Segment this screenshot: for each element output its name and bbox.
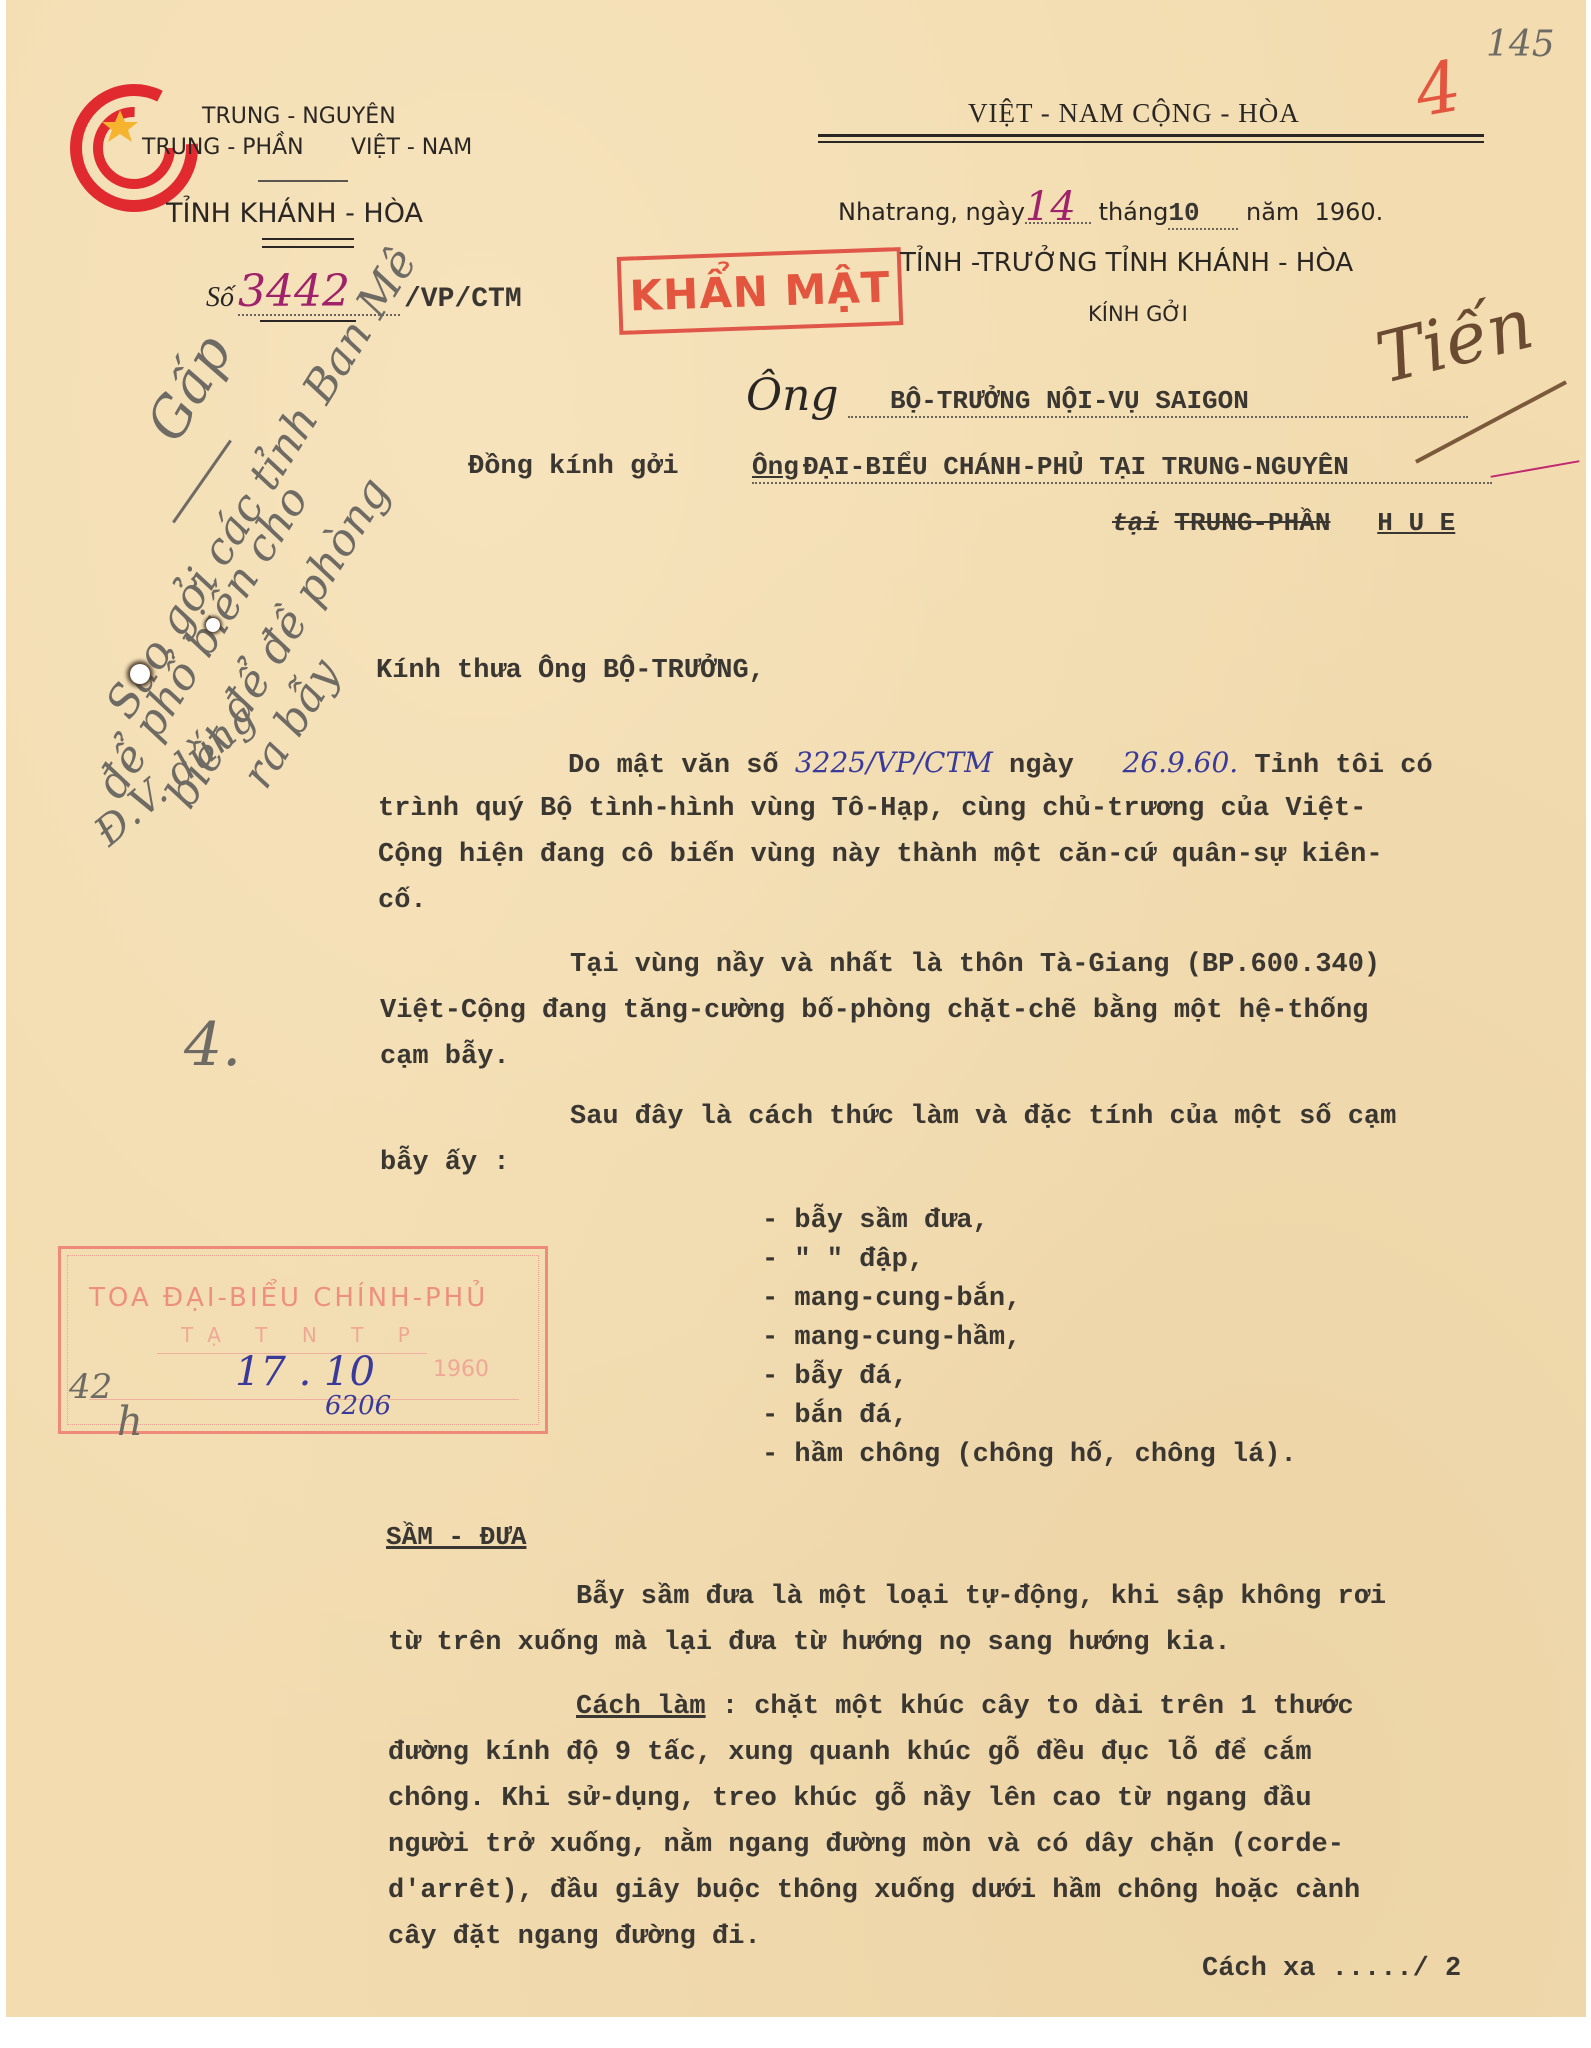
handwritten-ref: 3225/VP/CTM — [795, 746, 993, 779]
letterhead-separator — [258, 180, 348, 182]
received-stamp-office: TOA ĐẠI-BIỂU CHÍNH-PHỦ — [89, 1283, 488, 1313]
trap-list-item: - hầm chông (chông hố, chông lá). — [762, 1440, 1297, 1479]
date-month: 10 — [1168, 198, 1238, 230]
stamp-pencil-initial: h — [117, 1399, 143, 1445]
letterhead-line-1: TRUNG - NGUYÊN — [202, 104, 396, 129]
received-stamp: TOA ĐẠI-BIỂU CHÍNH-PHỦ TẠ T N T P 17 . 1… — [58, 1246, 548, 1434]
stamp-pencil-note: 42 — [69, 1367, 112, 1407]
salutation: Kính thưa Ông BỘ-TRƯỞNG, — [376, 656, 765, 686]
method-label: Cách làm — [576, 1692, 706, 1722]
trap-list: - bẫy sầm đưa, - " " đập, - mang-cung-bắ… — [762, 1206, 1297, 1479]
received-year: 1960 — [433, 1357, 489, 1382]
trap-list-item: - bẫy sầm đưa, — [762, 1206, 1297, 1245]
page-number-handwritten: 145 — [1486, 24, 1555, 65]
section-title: SẦM - ĐƯA — [386, 1522, 526, 1552]
country-rule-1 — [818, 134, 1484, 137]
margin-note-urgent: Gấp — [134, 324, 244, 451]
cc-line: Ông ĐẠI-BIỂU CHÁNH-PHỦ TẠI TRUNG-NGUYÊN — [752, 452, 1492, 484]
method-line-6: cây đặt ngang đường đi. — [388, 1922, 761, 1952]
letterhead-line-2a: TRUNG - PHẦN — [142, 135, 304, 160]
red-pencil-mark: 4 — [1409, 45, 1467, 133]
trap-list-item: - mang-cung-hầm, — [762, 1323, 1297, 1362]
continuation-marker: Cách xa ...../ 2 — [1202, 1954, 1461, 1984]
trap-list-item: - bắn đá, — [762, 1401, 1297, 1440]
punch-hole — [130, 664, 150, 684]
letterhead-underline-2 — [262, 246, 354, 248]
urgent-secret-stamp: KHẨN MẬT — [617, 247, 904, 335]
kinh-goi-label: KÍNH GỞI — [1088, 302, 1188, 326]
para-2-line-2: Việt-Cộng đang tăng-cường bố-phòng chặt-… — [380, 996, 1368, 1026]
received-number-handwritten: 6206 — [325, 1391, 391, 1421]
recipient-primary: BỘ-TRƯỞNG NỘI-VỤ SAIGON — [890, 386, 1249, 416]
cc-location: tại TRUNG-PHẦN H U E — [1112, 508, 1455, 538]
para-1-line-3: Cộng hiện đang cô biến vùng này thành mộ… — [378, 840, 1383, 870]
method-line-4: người trở xuống, nằm ngang đường mòn và … — [388, 1830, 1344, 1860]
country-rule-2 — [818, 141, 1484, 143]
country-header: VIỆT - NAM CỘNG - HÒA — [968, 98, 1300, 129]
method-line-5: d'arrêt), đầu giây buộc thông xuống dưới… — [388, 1876, 1360, 1906]
cc-recipient: ĐẠI-BIỂU CHÁNH-PHỦ TẠI TRUNG-NGUYÊN — [803, 452, 1349, 482]
received-date-handwritten: 17 . 10 — [235, 1349, 375, 1395]
document-page: TRUNG - NGUYÊN TRUNG - PHẦN VIỆT - NAM T… — [6, 0, 1586, 2017]
date-year: 1960. — [1315, 198, 1384, 226]
cc-label: Đồng kính gởi — [468, 452, 679, 482]
section-line-1: Bẫy sầm đưa là một loại tự-động, khi sập… — [576, 1582, 1386, 1612]
margin-note-number: 4. — [184, 1010, 241, 1080]
letterhead-province: TỈNH KHÁNH - HÒA — [166, 198, 423, 229]
para-2-line-1: Tại vùng nầy và nhất là thôn Tà-Giang (B… — [570, 950, 1380, 980]
date-day-handwritten: 14 — [1025, 192, 1091, 224]
signature-handwritten: Tiến — [1368, 282, 1540, 400]
letterhead-line-2b: VIỆT - NAM — [351, 135, 472, 160]
trap-list-item: - " " đập, — [762, 1245, 1297, 1284]
trap-list-item: - bẫy đá, — [762, 1362, 1297, 1401]
recipient-primary-line: BỘ-TRƯỞNG NỘI-VỤ SAIGON — [848, 386, 1468, 418]
method-line-2: đường kính độ 9 tấc, xung quanh khúc gỗ … — [388, 1738, 1312, 1768]
para-2-line-3: cạm bẫy. — [380, 1042, 510, 1072]
para-1-line-1: Do mật văn số 3225/VP/CTM ngày 26.9.60. … — [568, 746, 1433, 781]
purple-stroke — [1491, 460, 1580, 478]
para-1-line-4: cố. — [378, 886, 427, 916]
received-stamp-sub: TẠ T N T P — [181, 1323, 424, 1347]
section-line-2: từ trên xuống mà lại đưa từ hướng nọ san… — [388, 1628, 1231, 1658]
method-line-3: chông. Khi sử-dụng, treo khúc gỗ nầy lên… — [388, 1784, 1312, 1814]
letterhead-underline-1 — [262, 238, 354, 240]
sender-title: TỈNH -TRƯỞNG TỈNH KHÁNH - HÒA — [900, 248, 1353, 278]
para-3-line-2: bẫy ấy : — [380, 1148, 510, 1178]
para-1-line-2: trình quý Bộ tình-hình vùng Tô-Hạp, cùng… — [378, 794, 1366, 824]
recipient-ong-label: Ông — [746, 370, 839, 421]
trap-list-item: - mang-cung-bắn, — [762, 1284, 1297, 1323]
punch-hole — [206, 618, 220, 632]
para-3-line-1: Sau đây là cách thức làm và đặc tính của… — [570, 1102, 1396, 1132]
handwritten-date: 26.9.60. — [1122, 746, 1238, 779]
method-line-1: Cách làm : chặt một khúc cây to dài trên… — [576, 1692, 1354, 1722]
place-date: Nhatrang, ngày14 tháng10 năm 1960. — [838, 192, 1383, 230]
